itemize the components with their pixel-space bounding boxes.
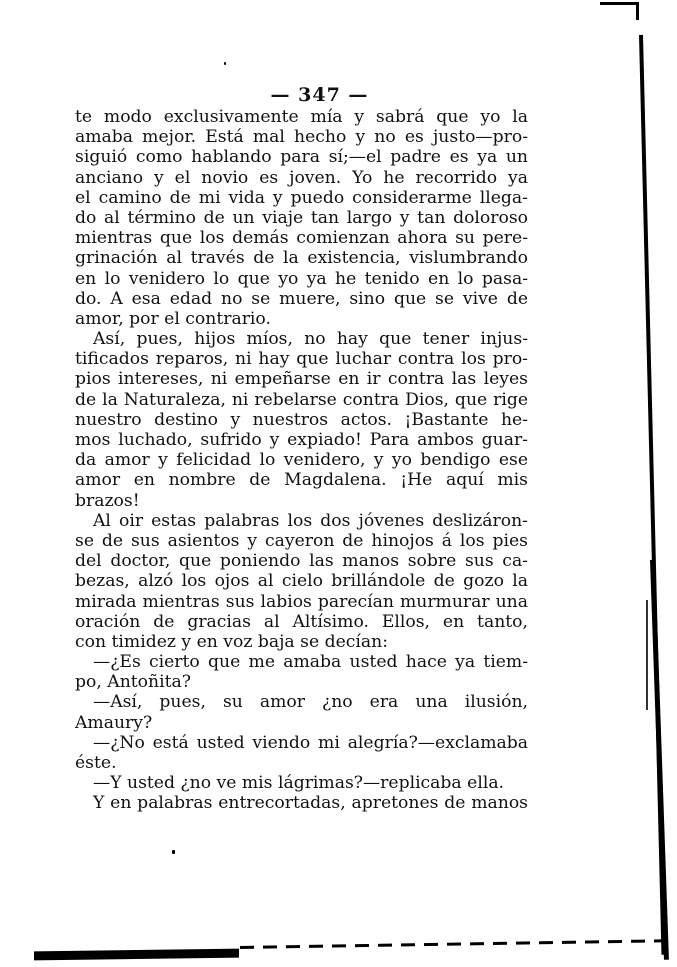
text-line: mientras que los demás comienzan ahora s… <box>75 228 528 248</box>
text-line: anciano y el novio es joven. Yo he recor… <box>75 168 528 188</box>
text-line: se de sus asientos y cayeron de hinojos … <box>75 531 528 551</box>
scan-edge-corner <box>636 2 639 20</box>
paragraph-end-line: amor, por el contrario. <box>75 309 528 329</box>
text-line: amaba mejor. Está mal hecho y no es just… <box>75 127 528 147</box>
page-binding-edge <box>646 600 648 710</box>
text-line: mirada mientras sus labios parecían murm… <box>75 592 528 612</box>
text-line: pios intereses, ni empeñarse en ir contr… <box>75 369 528 389</box>
paragraph-start-line: Y en palabras entrecortadas, apretones d… <box>75 793 528 813</box>
scanned-book-page: — 347 — te modo exclusivamente mía y sab… <box>0 0 677 967</box>
page-number: — 347 — <box>0 84 649 106</box>
dialogue-line: —¿Es cierto que me amaba usted hace ya t… <box>75 652 528 672</box>
text-line: do. A esa edad no se muere, sino que se … <box>75 289 528 309</box>
text-line: oración de gracias al Altísimo. Ellos, e… <box>75 612 528 632</box>
paragraph-end-line: Amaury? <box>75 713 528 733</box>
text-line: el camino de mi vida y puedo considerarm… <box>75 188 528 208</box>
text-line: mos luchado, sufrido y expiado! Para amb… <box>75 430 528 450</box>
text-line: del doctor, que poniendo las manos sobre… <box>75 551 528 571</box>
text-line: te modo exclusivamente mía y sabrá que y… <box>75 107 528 127</box>
text-line: en lo venidero lo que yo ya he tenido en… <box>75 269 528 289</box>
scan-dashed-edge <box>240 939 677 949</box>
text-line: do al término de un viaje tan largo y ta… <box>75 208 528 228</box>
text-line: de la Naturaleza, ni rebelarse contra Di… <box>75 390 528 410</box>
scan-speck <box>224 62 226 65</box>
text-line: bezas, alzó los ojos al cielo brillándol… <box>75 571 528 591</box>
dialogue-line: —¿No está usted viendo mi alegría?—excla… <box>75 733 528 753</box>
text-line: siguió como hablando para sí;—el padre e… <box>75 147 528 167</box>
paragraph-start-line: Al oir estas palabras los dos jóvenes de… <box>75 511 528 531</box>
paragraph-end-line: éste. <box>75 753 528 773</box>
paragraph-start-line: Así, pues, hijos míos, no hay que tener … <box>75 329 528 349</box>
dialogue-line: —Así, pues, su amor ¿no era una ilusión, <box>75 692 528 712</box>
scan-speck <box>172 850 175 854</box>
paragraph-end-line: brazos! <box>75 491 528 511</box>
body-text: te modo exclusivamente mía y sabrá que y… <box>75 107 528 814</box>
paragraph-end-line: con timidez y en voz baja se decían: <box>75 632 528 652</box>
text-line: grinación al través de la existencia, vi… <box>75 248 528 268</box>
scan-bottom-bar <box>34 949 239 961</box>
text-line: amor en nombre de Magdalena. ¡He aquí mi… <box>75 470 528 490</box>
text-line: nuestro destino y nuestros actos. ¡Basta… <box>75 410 528 430</box>
text-line: da amor y felicidad lo venidero, y yo be… <box>75 450 528 470</box>
scan-edge-corner <box>600 2 638 5</box>
text-line: tificados reparos, ni hay que luchar con… <box>75 349 528 369</box>
dialogue-line: —Y usted ¿no ve mis lágrimas?—replicaba … <box>75 773 528 793</box>
paragraph-end-line: po, Antoñita? <box>75 672 528 692</box>
